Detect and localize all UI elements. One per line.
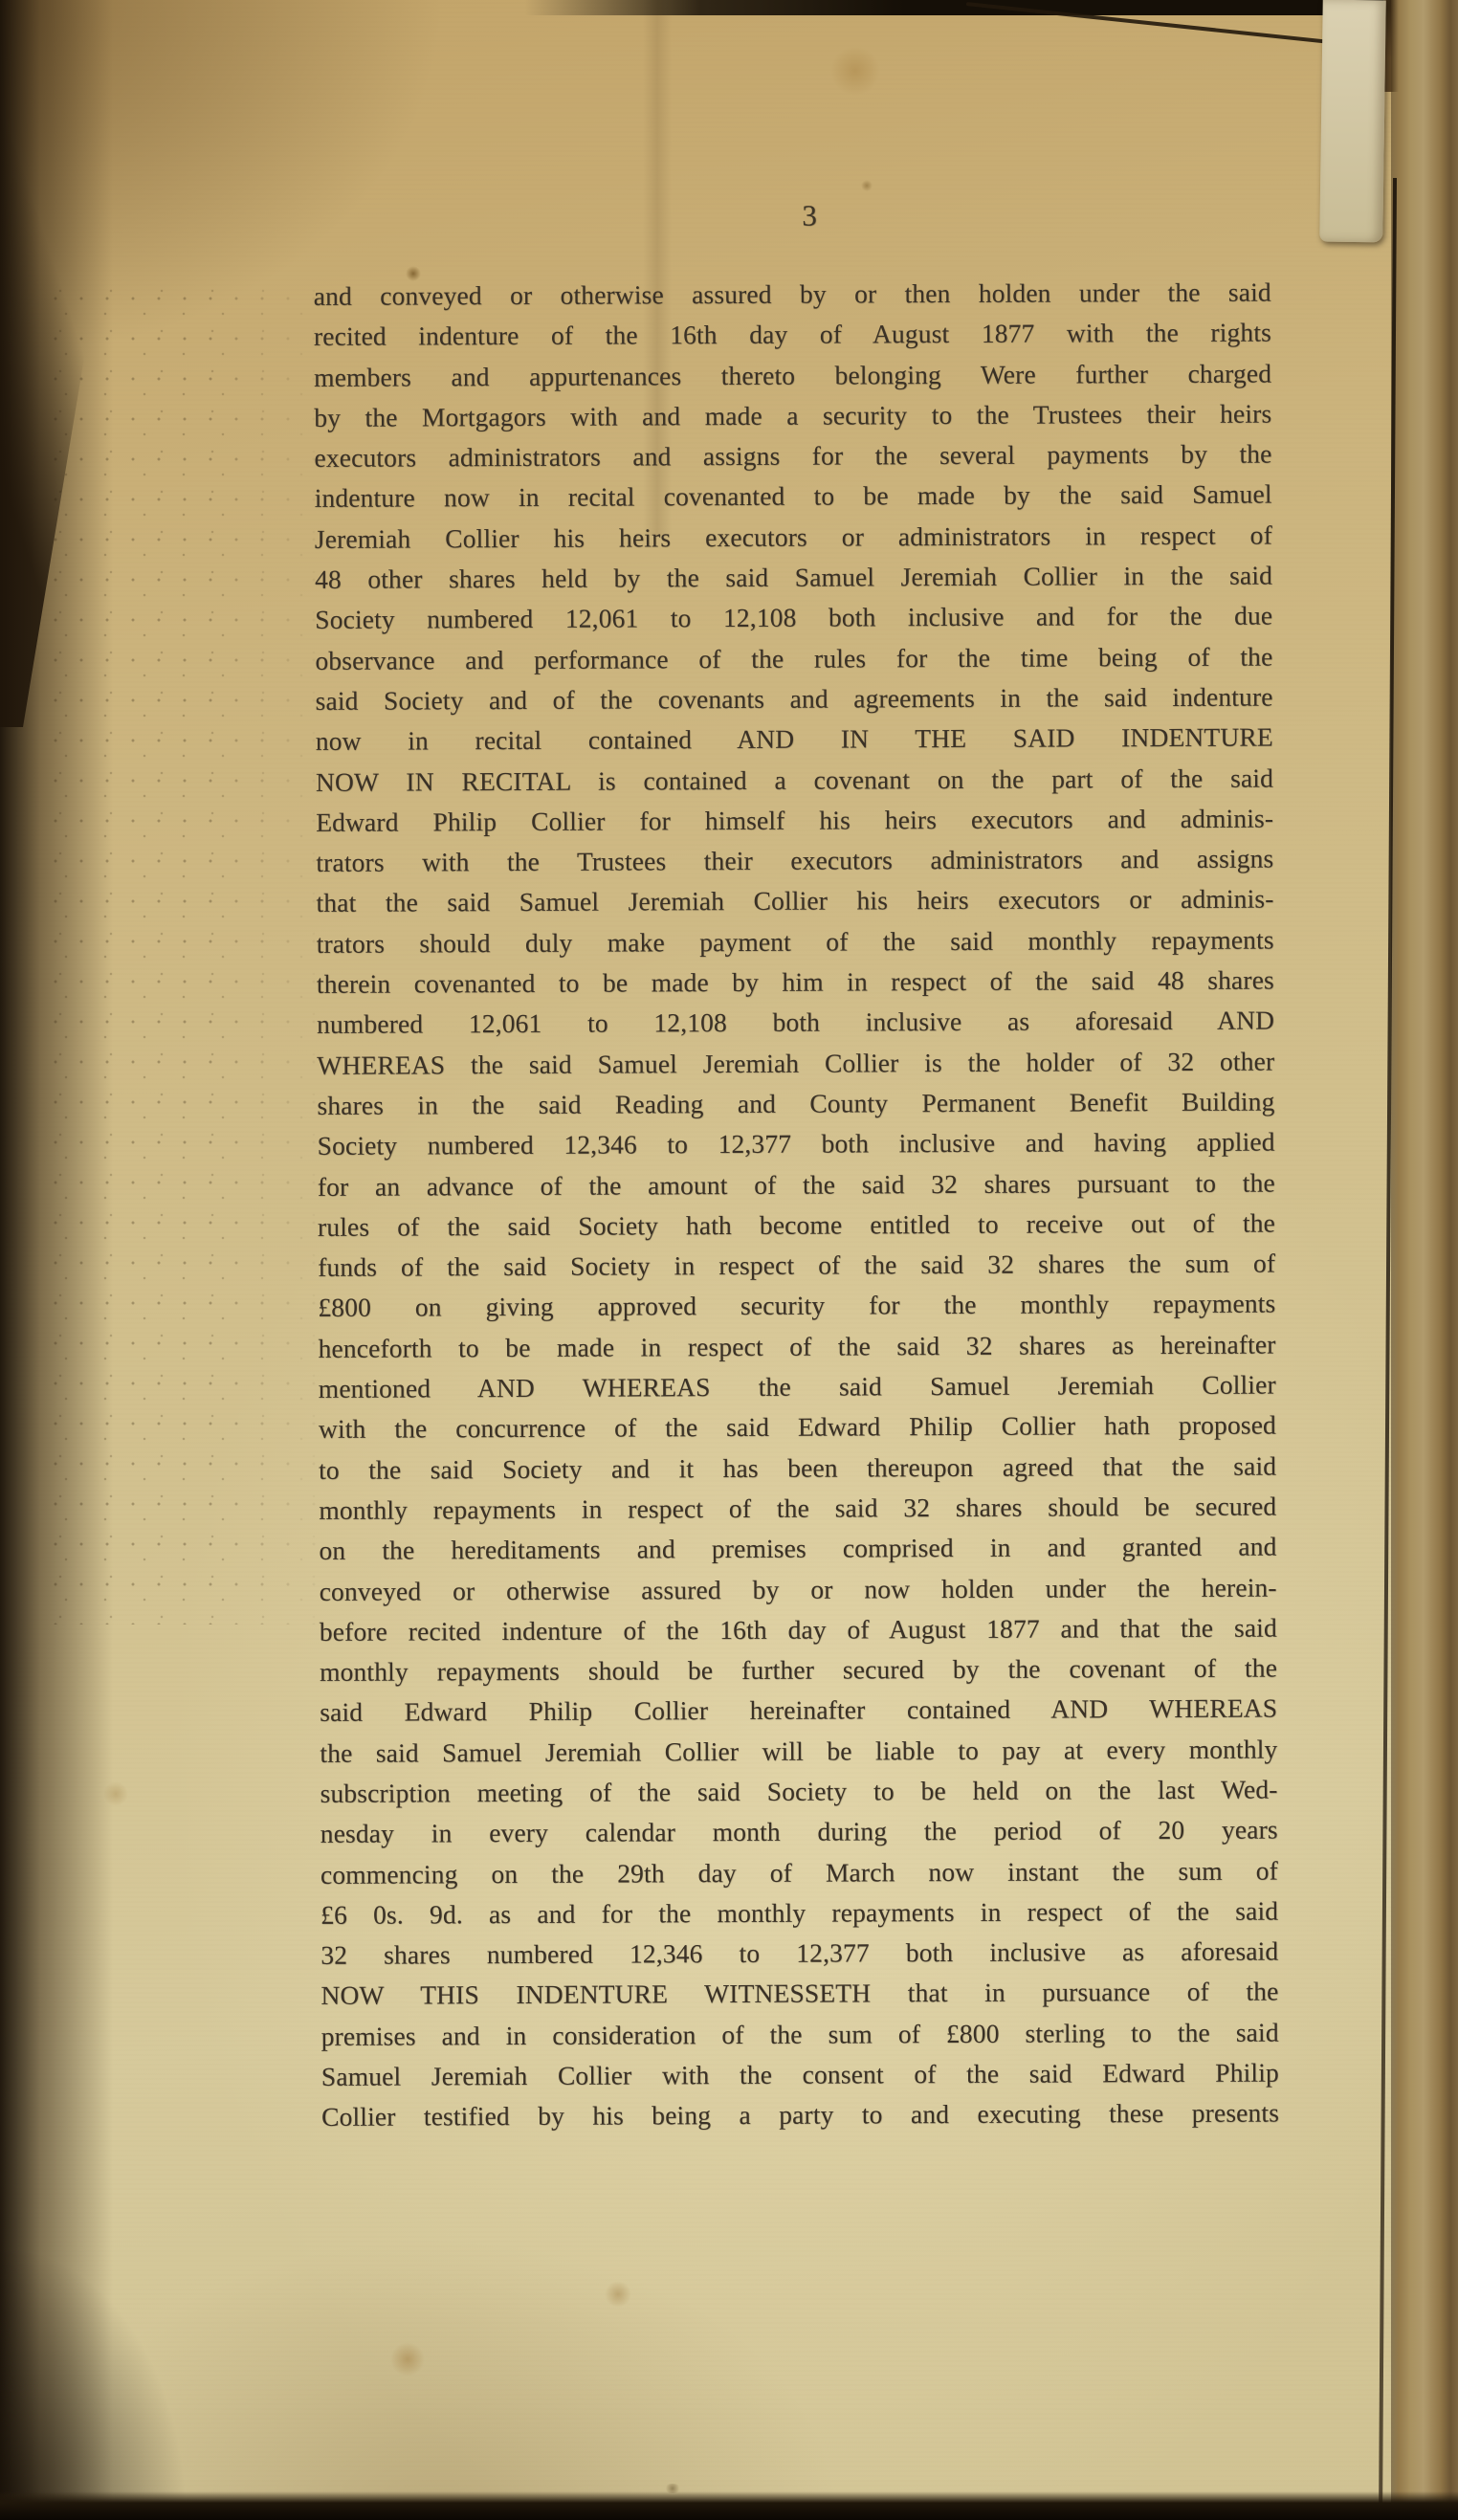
document-text-line: trators with the Trustees their executor… bbox=[316, 839, 1273, 884]
scanned-book-page: 3 and conveyed or otherwise assured by o… bbox=[0, 0, 1458, 2520]
document-text-line: Edward Philip Collier for himself his he… bbox=[316, 798, 1273, 843]
document-text-line: monthly repayments in respect of the sai… bbox=[319, 1486, 1276, 1531]
document-text-line: recited indenture of the 16th day of Aug… bbox=[314, 313, 1271, 358]
document-text-line: for an advance of the amount of the said… bbox=[318, 1162, 1275, 1207]
document-text-line: £6 0s. 9d. as and for the monthly repaym… bbox=[320, 1890, 1278, 1935]
document-text-line: £800 on giving approved security for the… bbox=[318, 1284, 1275, 1329]
document-text-line: with the concurrence of the said Edward … bbox=[319, 1405, 1276, 1450]
document-text-line: observance and performance of the rules … bbox=[315, 636, 1272, 681]
book-corner-shadow-bottom-left bbox=[0, 2118, 210, 2520]
document-text-line: premises and in consideration of the sum… bbox=[321, 2012, 1279, 2057]
document-text-line: Society numbered 12,061 to 12,108 both i… bbox=[315, 596, 1272, 641]
page-content: 3 and conveyed or otherwise assured by o… bbox=[0, 0, 1458, 2520]
book-binding-edge bbox=[1391, 0, 1458, 2520]
document-text-line: Samuel Jeremiah Collier with the consent… bbox=[321, 2053, 1279, 2098]
document-text-line: before recited indenture of the 16th day… bbox=[320, 1607, 1277, 1652]
document-text-line: subscription meeting of the said Society… bbox=[320, 1769, 1277, 1814]
document-text-line: Jeremiah Collier his heirs executors or … bbox=[315, 515, 1272, 560]
document-text-line: on the hereditaments and premises compri… bbox=[319, 1527, 1276, 1572]
document-text-line: said Edward Philip Collier hereinafter c… bbox=[320, 1689, 1277, 1734]
document-text-line: 48 other shares held by the said Samuel … bbox=[315, 556, 1272, 601]
paper-surface: 3 and conveyed or otherwise assured by o… bbox=[0, 0, 1458, 2520]
document-text-line: that the said Samuel Jeremiah Collier hi… bbox=[316, 879, 1273, 924]
page-number: 3 bbox=[802, 199, 817, 233]
document-text-line: funds of the said Society in respect of … bbox=[318, 1244, 1275, 1289]
document-text-line: Collier testified by his being a party t… bbox=[321, 2093, 1279, 2138]
document-text-line: numbered 12,061 to 12,108 both inclusive… bbox=[317, 1001, 1274, 1046]
document-text-line: executors administrators and assigns for… bbox=[314, 434, 1271, 479]
document-text-line: and conveyed or otherwise assured by or … bbox=[314, 273, 1271, 318]
document-text-line: members and appurtenances thereto belong… bbox=[314, 353, 1271, 398]
document-text-line: to the said Society and it has been ther… bbox=[319, 1446, 1276, 1491]
document-text-line: therein covenanted to be made by him in … bbox=[317, 961, 1274, 1006]
book-edge-shadow-bottom bbox=[0, 2491, 1458, 2520]
document-text-line: now in recital contained AND IN THE SAID… bbox=[316, 718, 1273, 763]
document-text-line: 32 shares numbered 12,346 to 12,377 both… bbox=[320, 1932, 1278, 1977]
document-text-line: trators should duly make payment of the … bbox=[317, 919, 1274, 964]
document-text-line: NOW IN RECITAL is contained a covenant o… bbox=[316, 758, 1273, 803]
book-edge-shadow-top bbox=[0, 0, 1458, 15]
document-text-line: mentioned AND WHEREAS the said Samuel Je… bbox=[319, 1365, 1276, 1410]
document-text-line: henceforth to be made in respect of the … bbox=[318, 1324, 1275, 1369]
document-text-line: monthly repayments should be further sec… bbox=[320, 1648, 1277, 1693]
document-text-line: indenture now in recital covenanted to b… bbox=[315, 475, 1272, 519]
document-text-line: shares in the said Reading and County Pe… bbox=[317, 1081, 1274, 1126]
document-text-line: WHEREAS the said Samuel Jeremiah Collier… bbox=[317, 1041, 1274, 1086]
document-text-line: by the Mortgagors with and made a securi… bbox=[314, 393, 1271, 438]
document-text-line: said Society and of the covenants and ag… bbox=[316, 676, 1273, 721]
document-text: and conveyed or otherwise assured by or … bbox=[314, 273, 1279, 2138]
binding-tape bbox=[1319, 0, 1386, 242]
document-text-line: NOW THIS INDENTURE WITNESSETH that in pu… bbox=[320, 1972, 1278, 2017]
document-text-line: nesday in every calendar month during th… bbox=[320, 1810, 1278, 1855]
document-text-line: rules of the said Society hath become en… bbox=[318, 1203, 1275, 1248]
document-text-line: commencing on the 29th day of March now … bbox=[320, 1850, 1278, 1895]
document-text-line: the said Samuel Jeremiah Collier will be… bbox=[320, 1729, 1277, 1774]
document-text-line: conveyed or otherwise assured by or now … bbox=[320, 1567, 1277, 1612]
document-text-line: Society numbered 12,346 to 12,377 both i… bbox=[318, 1122, 1275, 1167]
